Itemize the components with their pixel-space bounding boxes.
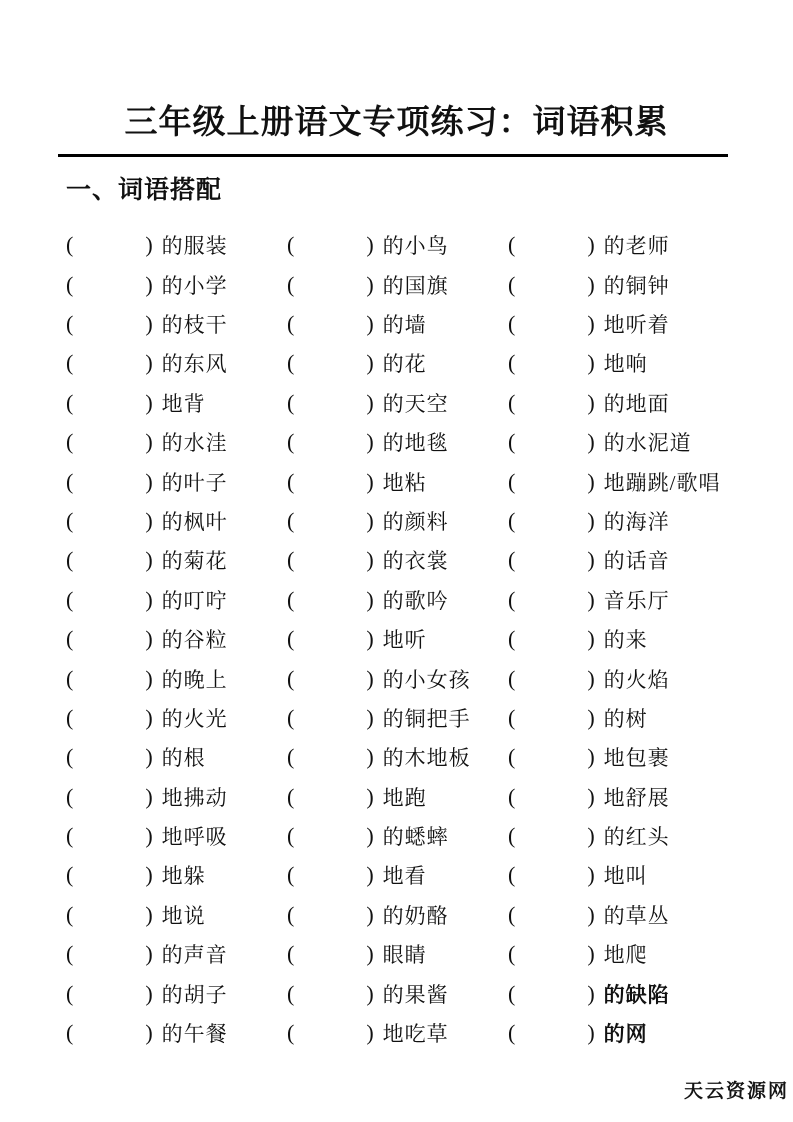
close-paren: ) bbox=[587, 508, 594, 534]
close-paren: ) bbox=[145, 390, 152, 416]
open-paren: ( bbox=[508, 823, 515, 849]
open-paren: ( bbox=[287, 862, 294, 888]
answer-blank bbox=[73, 993, 145, 994]
fill-blank-item: ()的网 bbox=[508, 1013, 793, 1052]
fill-blank-item: ()地包裹 bbox=[508, 738, 793, 777]
phrase-label: 的水泥道 bbox=[604, 427, 692, 457]
phrase-label: 的颜料 bbox=[383, 506, 449, 536]
answer-blank bbox=[294, 678, 366, 679]
phrase-label: 的来 bbox=[604, 624, 648, 654]
fill-blank-item: ()的老师 bbox=[508, 226, 793, 265]
open-paren: ( bbox=[66, 666, 73, 692]
answer-blank bbox=[294, 284, 366, 285]
answer-blank bbox=[515, 678, 587, 679]
fill-blank-item: ()的奶酪 bbox=[287, 895, 508, 934]
fill-blank-item: ()地听着 bbox=[508, 304, 793, 343]
fill-blank-item: ()地听 bbox=[287, 619, 508, 658]
phrase-label: 的胡子 bbox=[162, 979, 228, 1009]
phrase-label: 地听着 bbox=[604, 309, 670, 339]
phrase-label: 的根 bbox=[162, 742, 206, 772]
fill-blank-item: ()音乐厅 bbox=[508, 580, 793, 619]
close-paren: ) bbox=[587, 390, 594, 416]
answer-blank bbox=[515, 639, 587, 640]
phrase-label: 的谷粒 bbox=[162, 624, 228, 654]
answer-blank bbox=[294, 639, 366, 640]
open-paren: ( bbox=[66, 508, 73, 534]
answer-blank bbox=[73, 757, 145, 758]
phrase-label: 的火光 bbox=[162, 703, 228, 733]
open-paren: ( bbox=[287, 311, 294, 337]
fill-blank-item: ()的缺陷 bbox=[508, 974, 793, 1013]
phrase-label: 的红头 bbox=[604, 821, 670, 851]
fill-blank-item: ()的歌吟 bbox=[287, 580, 508, 619]
fill-blank-item: ()的木地板 bbox=[287, 738, 508, 777]
answer-blank bbox=[73, 245, 145, 246]
fill-blank-item: ()的晚上 bbox=[66, 659, 287, 698]
close-paren: ) bbox=[366, 429, 373, 455]
fill-blank-item: ()眼睛 bbox=[287, 935, 508, 974]
answer-blank bbox=[294, 717, 366, 718]
open-paren: ( bbox=[287, 1020, 294, 1046]
open-paren: ( bbox=[508, 390, 515, 416]
fill-blank-item: ()的枝干 bbox=[66, 304, 287, 343]
open-paren: ( bbox=[66, 587, 73, 613]
fill-blank-item: ()地看 bbox=[287, 856, 508, 895]
fill-blank-item: ()的东风 bbox=[66, 344, 287, 383]
phrase-label: 地吃草 bbox=[383, 1018, 449, 1048]
answer-blank bbox=[294, 954, 366, 955]
close-paren: ) bbox=[587, 823, 594, 849]
open-paren: ( bbox=[66, 429, 73, 455]
fill-blank-item: ()地呼吸 bbox=[66, 816, 287, 855]
phrase-label: 地跑 bbox=[383, 782, 427, 812]
close-paren: ) bbox=[587, 862, 594, 888]
open-paren: ( bbox=[66, 469, 73, 495]
close-paren: ) bbox=[145, 232, 152, 258]
answer-blank bbox=[515, 717, 587, 718]
close-paren: ) bbox=[366, 981, 373, 1007]
phrase-label: 的老师 bbox=[604, 230, 670, 260]
close-paren: ) bbox=[145, 311, 152, 337]
open-paren: ( bbox=[508, 705, 515, 731]
page-title: 三年级上册语文专项练习：词语积累 bbox=[0, 0, 793, 145]
fill-blank-item: ()地躲 bbox=[66, 856, 287, 895]
phrase-label: 的小鸟 bbox=[383, 230, 449, 260]
answer-blank bbox=[294, 245, 366, 246]
fill-blank-item: ()的墙 bbox=[287, 304, 508, 343]
answer-blank bbox=[294, 363, 366, 364]
close-paren: ) bbox=[587, 784, 594, 810]
phrase-label: 的铜钟 bbox=[604, 270, 670, 300]
open-paren: ( bbox=[66, 981, 73, 1007]
phrase-label: 地响 bbox=[604, 348, 648, 378]
close-paren: ) bbox=[366, 666, 373, 692]
phrase-label: 地蹦跳/歌唱 bbox=[604, 467, 721, 497]
phrase-label: 地包裹 bbox=[604, 742, 670, 772]
answer-blank bbox=[73, 796, 145, 797]
close-paren: ) bbox=[145, 666, 152, 692]
answer-blank bbox=[515, 875, 587, 876]
open-paren: ( bbox=[508, 508, 515, 534]
open-paren: ( bbox=[66, 902, 73, 928]
open-paren: ( bbox=[66, 232, 73, 258]
open-paren: ( bbox=[66, 941, 73, 967]
answer-blank bbox=[73, 520, 145, 521]
open-paren: ( bbox=[66, 350, 73, 376]
close-paren: ) bbox=[366, 902, 373, 928]
open-paren: ( bbox=[287, 626, 294, 652]
fill-blank-item: ()的草丛 bbox=[508, 895, 793, 934]
phrase-label: 地拂动 bbox=[162, 782, 228, 812]
watermark-label: 天云资源网 bbox=[684, 1076, 789, 1103]
open-paren: ( bbox=[508, 666, 515, 692]
answer-blank bbox=[73, 1033, 145, 1034]
open-paren: ( bbox=[508, 587, 515, 613]
fill-blank-item: ()的叮咛 bbox=[66, 580, 287, 619]
open-paren: ( bbox=[508, 1020, 515, 1046]
close-paren: ) bbox=[587, 547, 594, 573]
open-paren: ( bbox=[287, 587, 294, 613]
close-paren: ) bbox=[587, 744, 594, 770]
phrase-label: 地躲 bbox=[162, 860, 206, 890]
open-paren: ( bbox=[287, 705, 294, 731]
answer-blank bbox=[73, 363, 145, 364]
close-paren: ) bbox=[587, 587, 594, 613]
phrase-label: 地看 bbox=[383, 860, 427, 890]
answer-blank bbox=[515, 1033, 587, 1034]
phrase-label: 的午餐 bbox=[162, 1018, 228, 1048]
phrase-label: 的地面 bbox=[604, 388, 670, 418]
answer-blank bbox=[294, 914, 366, 915]
close-paren: ) bbox=[145, 469, 152, 495]
close-paren: ) bbox=[145, 1020, 152, 1046]
open-paren: ( bbox=[287, 429, 294, 455]
answer-blank bbox=[515, 836, 587, 837]
answer-blank bbox=[515, 324, 587, 325]
close-paren: ) bbox=[145, 547, 152, 573]
fill-blank-item: ()的水洼 bbox=[66, 423, 287, 462]
close-paren: ) bbox=[145, 862, 152, 888]
fill-blank-item: ()的国旗 bbox=[287, 265, 508, 304]
phrase-label: 的东风 bbox=[162, 348, 228, 378]
close-paren: ) bbox=[366, 390, 373, 416]
open-paren: ( bbox=[287, 232, 294, 258]
close-paren: ) bbox=[587, 981, 594, 1007]
close-paren: ) bbox=[145, 902, 152, 928]
close-paren: ) bbox=[366, 508, 373, 534]
fill-blank-item: ()地蹦跳/歌唱 bbox=[508, 462, 793, 501]
answer-blank bbox=[294, 560, 366, 561]
phrase-label: 的话音 bbox=[604, 545, 670, 575]
answer-blank bbox=[294, 402, 366, 403]
fill-blank-item: ()的海洋 bbox=[508, 501, 793, 540]
worksheet-page: 三年级上册语文专项练习：词语积累 一、词语搭配 ()的服装()的小鸟()的老师(… bbox=[0, 0, 793, 1122]
phrase-label: 的水洼 bbox=[162, 427, 228, 457]
fill-blank-item: ()的火焰 bbox=[508, 659, 793, 698]
open-paren: ( bbox=[66, 1020, 73, 1046]
phrase-label: 的叶子 bbox=[162, 467, 228, 497]
open-paren: ( bbox=[287, 272, 294, 298]
close-paren: ) bbox=[366, 784, 373, 810]
open-paren: ( bbox=[508, 784, 515, 810]
phrase-label: 的果酱 bbox=[383, 979, 449, 1009]
fill-blank-item: ()的花 bbox=[287, 344, 508, 383]
fill-blank-item: ()地叫 bbox=[508, 856, 793, 895]
close-paren: ) bbox=[587, 941, 594, 967]
close-paren: ) bbox=[366, 272, 373, 298]
phrase-label: 的声音 bbox=[162, 939, 228, 969]
close-paren: ) bbox=[145, 626, 152, 652]
fill-blank-item: ()的菊花 bbox=[66, 541, 287, 580]
phrase-label: 音乐厅 bbox=[604, 585, 670, 615]
answer-blank bbox=[294, 836, 366, 837]
fill-blank-item: ()地说 bbox=[66, 895, 287, 934]
answer-blank bbox=[73, 560, 145, 561]
open-paren: ( bbox=[508, 547, 515, 573]
phrase-label: 的天空 bbox=[383, 388, 449, 418]
open-paren: ( bbox=[508, 350, 515, 376]
close-paren: ) bbox=[145, 350, 152, 376]
open-paren: ( bbox=[287, 981, 294, 1007]
open-paren: ( bbox=[66, 311, 73, 337]
fill-blank-item: ()的声音 bbox=[66, 935, 287, 974]
phrase-label: 的草丛 bbox=[604, 900, 670, 930]
answer-blank bbox=[515, 284, 587, 285]
answer-blank bbox=[294, 1033, 366, 1034]
answer-blank bbox=[73, 402, 145, 403]
open-paren: ( bbox=[66, 705, 73, 731]
phrase-label: 的花 bbox=[383, 348, 427, 378]
fill-blank-item: ()的小鸟 bbox=[287, 226, 508, 265]
phrase-label: 地粘 bbox=[383, 467, 427, 497]
fill-blank-item: ()的根 bbox=[66, 738, 287, 777]
fill-blank-item: ()的地毯 bbox=[287, 423, 508, 462]
close-paren: ) bbox=[366, 626, 373, 652]
close-paren: ) bbox=[366, 941, 373, 967]
answer-blank bbox=[515, 914, 587, 915]
fill-blank-item: ()地吃草 bbox=[287, 1013, 508, 1052]
fill-blank-item: ()地舒展 bbox=[508, 777, 793, 816]
answer-blank bbox=[73, 284, 145, 285]
phrase-label: 的网 bbox=[604, 1018, 648, 1048]
fill-blank-item: ()的小女孩 bbox=[287, 659, 508, 698]
phrase-label: 地舒展 bbox=[604, 782, 670, 812]
open-paren: ( bbox=[287, 350, 294, 376]
fill-blank-item: ()的来 bbox=[508, 619, 793, 658]
phrase-label: 的小女孩 bbox=[383, 664, 471, 694]
open-paren: ( bbox=[508, 469, 515, 495]
open-paren: ( bbox=[508, 232, 515, 258]
fill-blank-item: ()的衣裳 bbox=[287, 541, 508, 580]
phrase-label: 的奶酪 bbox=[383, 900, 449, 930]
answer-blank bbox=[515, 363, 587, 364]
answer-blank bbox=[515, 245, 587, 246]
phrase-label: 的叮咛 bbox=[162, 585, 228, 615]
answer-blank bbox=[73, 481, 145, 482]
open-paren: ( bbox=[66, 823, 73, 849]
close-paren: ) bbox=[145, 508, 152, 534]
close-paren: ) bbox=[366, 1020, 373, 1046]
open-paren: ( bbox=[66, 626, 73, 652]
answer-blank bbox=[294, 993, 366, 994]
close-paren: ) bbox=[587, 1020, 594, 1046]
answer-blank bbox=[294, 875, 366, 876]
answer-blank bbox=[515, 481, 587, 482]
fill-blank-item: ()的树 bbox=[508, 698, 793, 737]
fill-blank-item: ()的蟋蟀 bbox=[287, 816, 508, 855]
close-paren: ) bbox=[587, 626, 594, 652]
phrase-label: 的蟋蟀 bbox=[383, 821, 449, 851]
phrase-label: 地说 bbox=[162, 900, 206, 930]
answer-blank bbox=[515, 442, 587, 443]
open-paren: ( bbox=[508, 626, 515, 652]
open-paren: ( bbox=[287, 823, 294, 849]
fill-blank-item: ()地跑 bbox=[287, 777, 508, 816]
fill-blank-item: ()的叶子 bbox=[66, 462, 287, 501]
answer-blank bbox=[294, 757, 366, 758]
answer-blank bbox=[515, 560, 587, 561]
open-paren: ( bbox=[287, 508, 294, 534]
open-paren: ( bbox=[508, 981, 515, 1007]
fill-blank-item: ()地背 bbox=[66, 383, 287, 422]
answer-blank bbox=[515, 599, 587, 600]
answer-blank bbox=[294, 481, 366, 482]
phrase-label: 的地毯 bbox=[383, 427, 449, 457]
open-paren: ( bbox=[508, 902, 515, 928]
phrase-label: 的晚上 bbox=[162, 664, 228, 694]
fill-blank-item: ()的谷粒 bbox=[66, 619, 287, 658]
phrase-label: 的火焰 bbox=[604, 664, 670, 694]
close-paren: ) bbox=[145, 429, 152, 455]
close-paren: ) bbox=[587, 469, 594, 495]
phrase-label: 的国旗 bbox=[383, 270, 449, 300]
fill-blank-item: ()的火光 bbox=[66, 698, 287, 737]
close-paren: ) bbox=[366, 823, 373, 849]
close-paren: ) bbox=[587, 350, 594, 376]
close-paren: ) bbox=[587, 232, 594, 258]
open-paren: ( bbox=[66, 390, 73, 416]
close-paren: ) bbox=[145, 272, 152, 298]
answer-blank bbox=[73, 639, 145, 640]
open-paren: ( bbox=[66, 862, 73, 888]
close-paren: ) bbox=[145, 705, 152, 731]
close-paren: ) bbox=[587, 429, 594, 455]
phrase-label: 的衣裳 bbox=[383, 545, 449, 575]
answer-blank bbox=[294, 442, 366, 443]
answer-blank bbox=[73, 836, 145, 837]
phrase-label: 的小学 bbox=[162, 270, 228, 300]
answer-blank bbox=[73, 442, 145, 443]
close-paren: ) bbox=[587, 311, 594, 337]
open-paren: ( bbox=[508, 272, 515, 298]
phrase-label: 地听 bbox=[383, 624, 427, 654]
fill-blank-item: ()的午餐 bbox=[66, 1013, 287, 1052]
close-paren: ) bbox=[145, 587, 152, 613]
fill-blank-item: ()地粘 bbox=[287, 462, 508, 501]
phrase-label: 的木地板 bbox=[383, 742, 471, 772]
answer-blank bbox=[515, 796, 587, 797]
phrase-label: 的菊花 bbox=[162, 545, 228, 575]
answer-blank bbox=[294, 520, 366, 521]
fill-blank-item: ()地拂动 bbox=[66, 777, 287, 816]
phrase-label: 的枫叶 bbox=[162, 506, 228, 536]
answer-blank bbox=[515, 954, 587, 955]
fill-blank-item: ()的天空 bbox=[287, 383, 508, 422]
fill-blank-item: ()的服装 bbox=[66, 226, 287, 265]
open-paren: ( bbox=[287, 784, 294, 810]
fill-blank-item: ()的铜钟 bbox=[508, 265, 793, 304]
phrase-label: 的缺陷 bbox=[604, 979, 670, 1009]
open-paren: ( bbox=[508, 744, 515, 770]
close-paren: ) bbox=[366, 744, 373, 770]
close-paren: ) bbox=[366, 862, 373, 888]
open-paren: ( bbox=[508, 429, 515, 455]
title-underline bbox=[58, 154, 728, 157]
open-paren: ( bbox=[66, 784, 73, 810]
open-paren: ( bbox=[287, 469, 294, 495]
answer-blank bbox=[73, 914, 145, 915]
fill-blank-item: ()的枫叶 bbox=[66, 501, 287, 540]
answer-blank bbox=[294, 599, 366, 600]
close-paren: ) bbox=[145, 823, 152, 849]
phrase-label: 的墙 bbox=[383, 309, 427, 339]
answer-blank bbox=[515, 520, 587, 521]
open-paren: ( bbox=[287, 744, 294, 770]
phrase-label: 的歌吟 bbox=[383, 585, 449, 615]
phrase-label: 的铜把手 bbox=[383, 703, 471, 733]
open-paren: ( bbox=[287, 390, 294, 416]
phrase-label: 的海洋 bbox=[604, 506, 670, 536]
close-paren: ) bbox=[587, 705, 594, 731]
phrase-label: 地呼吸 bbox=[162, 821, 228, 851]
open-paren: ( bbox=[508, 311, 515, 337]
word-matching-grid: ()的服装()的小鸟()的老师()的小学()的国旗()的铜钟()的枝干()的墙(… bbox=[66, 226, 793, 1053]
fill-blank-item: ()地爬 bbox=[508, 935, 793, 974]
fill-blank-item: ()的颜料 bbox=[287, 501, 508, 540]
fill-blank-item: ()的铜把手 bbox=[287, 698, 508, 737]
open-paren: ( bbox=[287, 902, 294, 928]
answer-blank bbox=[73, 599, 145, 600]
fill-blank-item: ()的水泥道 bbox=[508, 423, 793, 462]
open-paren: ( bbox=[66, 547, 73, 573]
close-paren: ) bbox=[366, 232, 373, 258]
fill-blank-item: ()地响 bbox=[508, 344, 793, 383]
fill-blank-item: ()的红头 bbox=[508, 816, 793, 855]
close-paren: ) bbox=[587, 902, 594, 928]
fill-blank-item: ()的地面 bbox=[508, 383, 793, 422]
close-paren: ) bbox=[366, 350, 373, 376]
fill-blank-item: ()的话音 bbox=[508, 541, 793, 580]
answer-blank bbox=[294, 324, 366, 325]
fill-blank-item: ()的胡子 bbox=[66, 974, 287, 1013]
fill-blank-item: ()的小学 bbox=[66, 265, 287, 304]
open-paren: ( bbox=[508, 941, 515, 967]
fill-blank-item: ()的果酱 bbox=[287, 974, 508, 1013]
close-paren: ) bbox=[587, 666, 594, 692]
phrase-label: 地爬 bbox=[604, 939, 648, 969]
answer-blank bbox=[515, 757, 587, 758]
answer-blank bbox=[73, 678, 145, 679]
phrase-label: 的枝干 bbox=[162, 309, 228, 339]
phrase-label: 的服装 bbox=[162, 230, 228, 260]
close-paren: ) bbox=[366, 547, 373, 573]
open-paren: ( bbox=[287, 941, 294, 967]
answer-blank bbox=[73, 875, 145, 876]
answer-blank bbox=[294, 796, 366, 797]
open-paren: ( bbox=[66, 744, 73, 770]
section-heading: 一、词语搭配 bbox=[66, 170, 793, 206]
close-paren: ) bbox=[587, 272, 594, 298]
